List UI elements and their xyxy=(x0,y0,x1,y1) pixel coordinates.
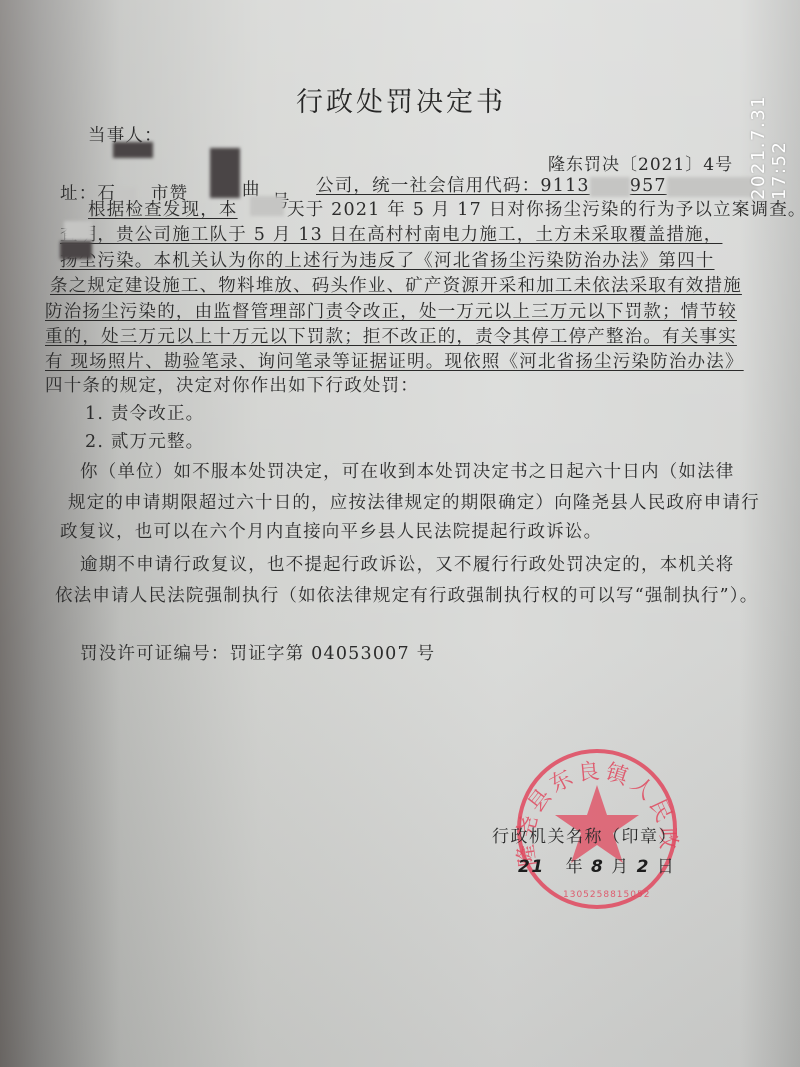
redacted-agency xyxy=(250,196,284,216)
penalty-2: 2. 贰万元整。 xyxy=(85,428,204,453)
svg-text:1305258815052: 1305258815052 xyxy=(563,890,650,900)
company-credit-code-label: 公司，统一社会信用代码：9113 xyxy=(316,176,590,196)
body-line-2: 查明，贵公司施工队于 5 月 13 日在高村村南电力施工，土方未采取覆盖措施， xyxy=(60,221,722,246)
company-line: 公司，统一社会信用代码：9113957 xyxy=(316,172,757,197)
redacted-code-part1 xyxy=(590,177,630,197)
appeal-line-3: 政复议，也可以在六个月内直接向平乡县人民法院提起行政诉讼。 xyxy=(60,518,602,543)
document-photo: 行政处罚决定书 当事人： 隆东罚决〔2021〕4号 公司，统一社会信用代码：91… xyxy=(0,0,800,1067)
date-line: 21 年 8 月 2 日 xyxy=(518,852,675,877)
redacted-party-name xyxy=(113,142,153,158)
appeal-line-1: 你（单位）如不服本处罚决定，可在收到本处罚决定书之日起六十日内（如法律 xyxy=(80,458,735,483)
enforcement-line-1: 逾期不申请行政复议，也不提起行政诉讼，又不履行行政处罚决定的，本机关将 xyxy=(80,551,735,576)
body-line-7: 有 现场照片、勘验笔录、询问笔录等证据证明。现依照《河北省扬尘污染防治办法》 xyxy=(45,348,744,373)
body-line-8: 四十条的规定，决定对你作出如下行政处罚： xyxy=(45,372,419,397)
body-line-1: 根据检查发现，本 xyxy=(88,196,238,221)
date-month: 8 xyxy=(591,857,604,877)
signature-label: 行政机关名称（印章） xyxy=(492,822,677,847)
enforcement-line-2: 依法申请人民法院强制执行（如依法律规定有行政强制执行权的可以写“强制执行”）。 xyxy=(55,582,758,607)
photo-timestamp: 2021.7.31 17:52 xyxy=(748,95,790,200)
permit-number: 罚没许可证编号：罚证字第 04053007 号 xyxy=(80,640,435,665)
redacted-address-2 xyxy=(210,148,240,198)
penalty-1: 1. 责令改正。 xyxy=(85,400,204,425)
appeal-line-2: 规定的申请期限超过六十日的，应按法律规定的期限确定）向隆尧县人民政府申请行 xyxy=(68,489,760,514)
date-year: 21 xyxy=(518,857,545,877)
body-line-3: 扬尘污染。本机关认为你的上述行为违反了《河北省扬尘污染防治办法》第四十 xyxy=(60,247,715,272)
body-line-5: 防治扬尘污染的，由监督管理部门责令改正，处一万元以上三万元以下罚款；情节较 xyxy=(45,298,737,323)
document-title: 行政处罚决定书 xyxy=(296,80,506,119)
body-line-1b: 天于 2021 年 5 月 17 日对你扬尘污染的行为予以立案调查。 xyxy=(287,196,800,221)
redacted-code-part2 xyxy=(667,177,757,197)
body-line-4: 条之规定建设施工、物料堆放、码头作业、矿产资源开采和加工未依法采取有效措施 xyxy=(50,272,742,297)
date-day: 2 xyxy=(637,857,650,877)
body-line-6: 重的，处三万元以上十万元以下罚款；拒不改正的，责令其停工停产整治。有关事实 xyxy=(45,323,737,348)
redacted-line2 xyxy=(64,221,92,241)
credit-code-partial: 957 xyxy=(630,176,667,196)
redacted-line3 xyxy=(60,241,92,259)
